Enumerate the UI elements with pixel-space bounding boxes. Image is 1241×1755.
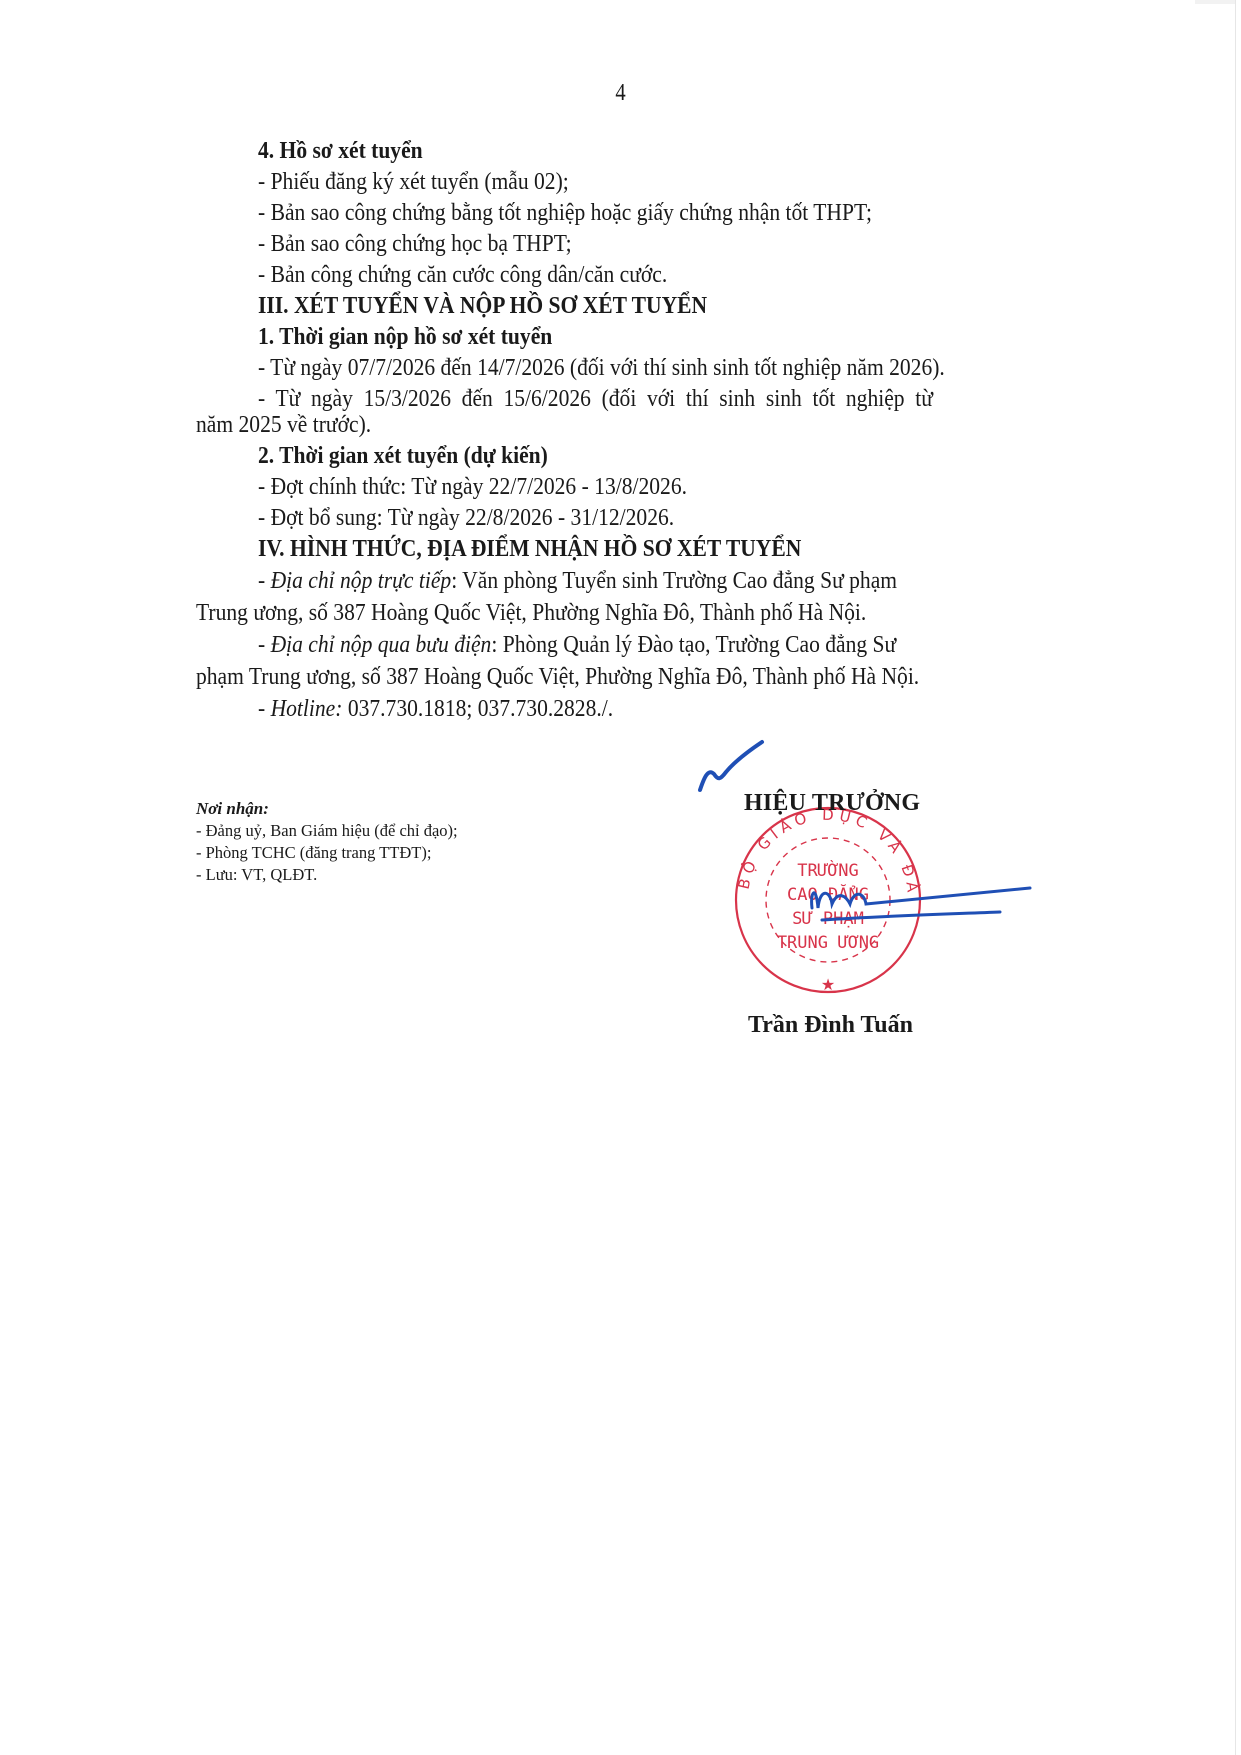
direct-address: - Địa chỉ nộp trực tiếp: Văn phòng Tuyển… <box>258 566 897 596</box>
list-item: - Bản công chứng căn cước công dân/căn c… <box>258 260 667 290</box>
postal-address: - Địa chỉ nộp qua bưu điện: Phòng Quản l… <box>258 630 896 660</box>
signature-block: BỘ GIÁO DỤC VÀ ĐÀO TẠO TRƯỜNG CAO ĐẲNG S… <box>700 790 1040 1050</box>
recipient-item: - Đảng uỷ, Ban Giám hiệu (để chỉ đạo); <box>196 820 458 842</box>
recipients-block: Nơi nhận: - Đảng uỷ, Ban Giám hiệu (để c… <box>196 798 458 886</box>
submission-period-2026: - Từ ngày 07/7/2026 đến 14/7/2026 (đối v… <box>258 353 945 383</box>
document-page: 4 4. Hồ sơ xét tuyển - Phiếu đăng ký xét… <box>0 0 1241 1755</box>
recipient-item: - Phòng TCHC (đăng trang TTĐT); <box>196 842 458 864</box>
signer-name: Trần Đình Tuấn <box>748 1012 913 1039</box>
section-iv-heading: IV. HÌNH THỨC, ĐỊA ĐIỂM NHẬN HỒ SƠ XÉT T… <box>258 534 801 564</box>
postal-address-label: - Địa chỉ nộp qua bưu điện <box>258 631 491 658</box>
postal-address-text: : Phòng Quản lý Đào tạo, Trường Cao đẳng… <box>491 631 896 658</box>
subsection-2-heading: 2. Thời gian xét tuyển (dự kiến) <box>258 441 548 471</box>
svg-text:★: ★ <box>821 977 835 994</box>
svg-text:TRUNG ƯƠNG: TRUNG ƯƠNG <box>777 933 879 953</box>
recipient-item: - Lưu: VT, QLĐT. <box>196 864 458 886</box>
supplementary-round: - Đợt bổ sung: Từ ngày 22/8/2026 - 31/12… <box>258 503 674 533</box>
direct-address-cont: Trung ương, số 387 Hoàng Quốc Việt, Phườ… <box>196 598 866 628</box>
list-item: - Bản sao công chứng bằng tốt nghiệp hoặ… <box>258 198 872 228</box>
list-item: - Phiếu đăng ký xét tuyển (mẫu 02); <box>258 167 569 197</box>
list-item: - Bản sao công chứng học bạ THPT; <box>258 229 572 259</box>
section-iii-heading: III. XÉT TUYỂN VÀ NỘP HỒ SƠ XÉT TUYỂN <box>258 291 707 321</box>
signer-title: HIỆU TRƯỞNG <box>744 790 920 817</box>
official-round: - Đợt chính thức: Từ ngày 22/7/2026 - 13… <box>258 472 687 502</box>
subsection-1-heading: 1. Thời gian nộp hồ sơ xét tuyển <box>258 322 552 352</box>
hotline-label: - Hotline: <box>258 695 342 722</box>
hotline: - Hotline: 037.730.1818; 037.730.2828./. <box>258 694 613 724</box>
svg-text:TRƯỜNG: TRƯỜNG <box>797 859 858 881</box>
scan-artifact <box>1195 0 1235 4</box>
postal-address-cont: phạm Trung ương, số 387 Hoàng Quốc Việt,… <box>196 662 919 692</box>
submission-period-earlier-cont: năm 2025 về trước). <box>196 410 371 440</box>
scan-edge-line <box>1235 0 1236 1755</box>
section-4-heading: 4. Hồ sơ xét tuyển <box>258 136 423 166</box>
direct-address-label: - Địa chỉ nộp trực tiếp <box>258 567 451 594</box>
direct-address-text: : Văn phòng Tuyển sinh Trường Cao đẳng S… <box>451 567 897 594</box>
hotline-numbers: 037.730.1818; 037.730.2828./. <box>342 695 613 722</box>
recipients-title: Nơi nhận: <box>196 798 458 820</box>
page-number: 4 <box>87 80 1154 107</box>
